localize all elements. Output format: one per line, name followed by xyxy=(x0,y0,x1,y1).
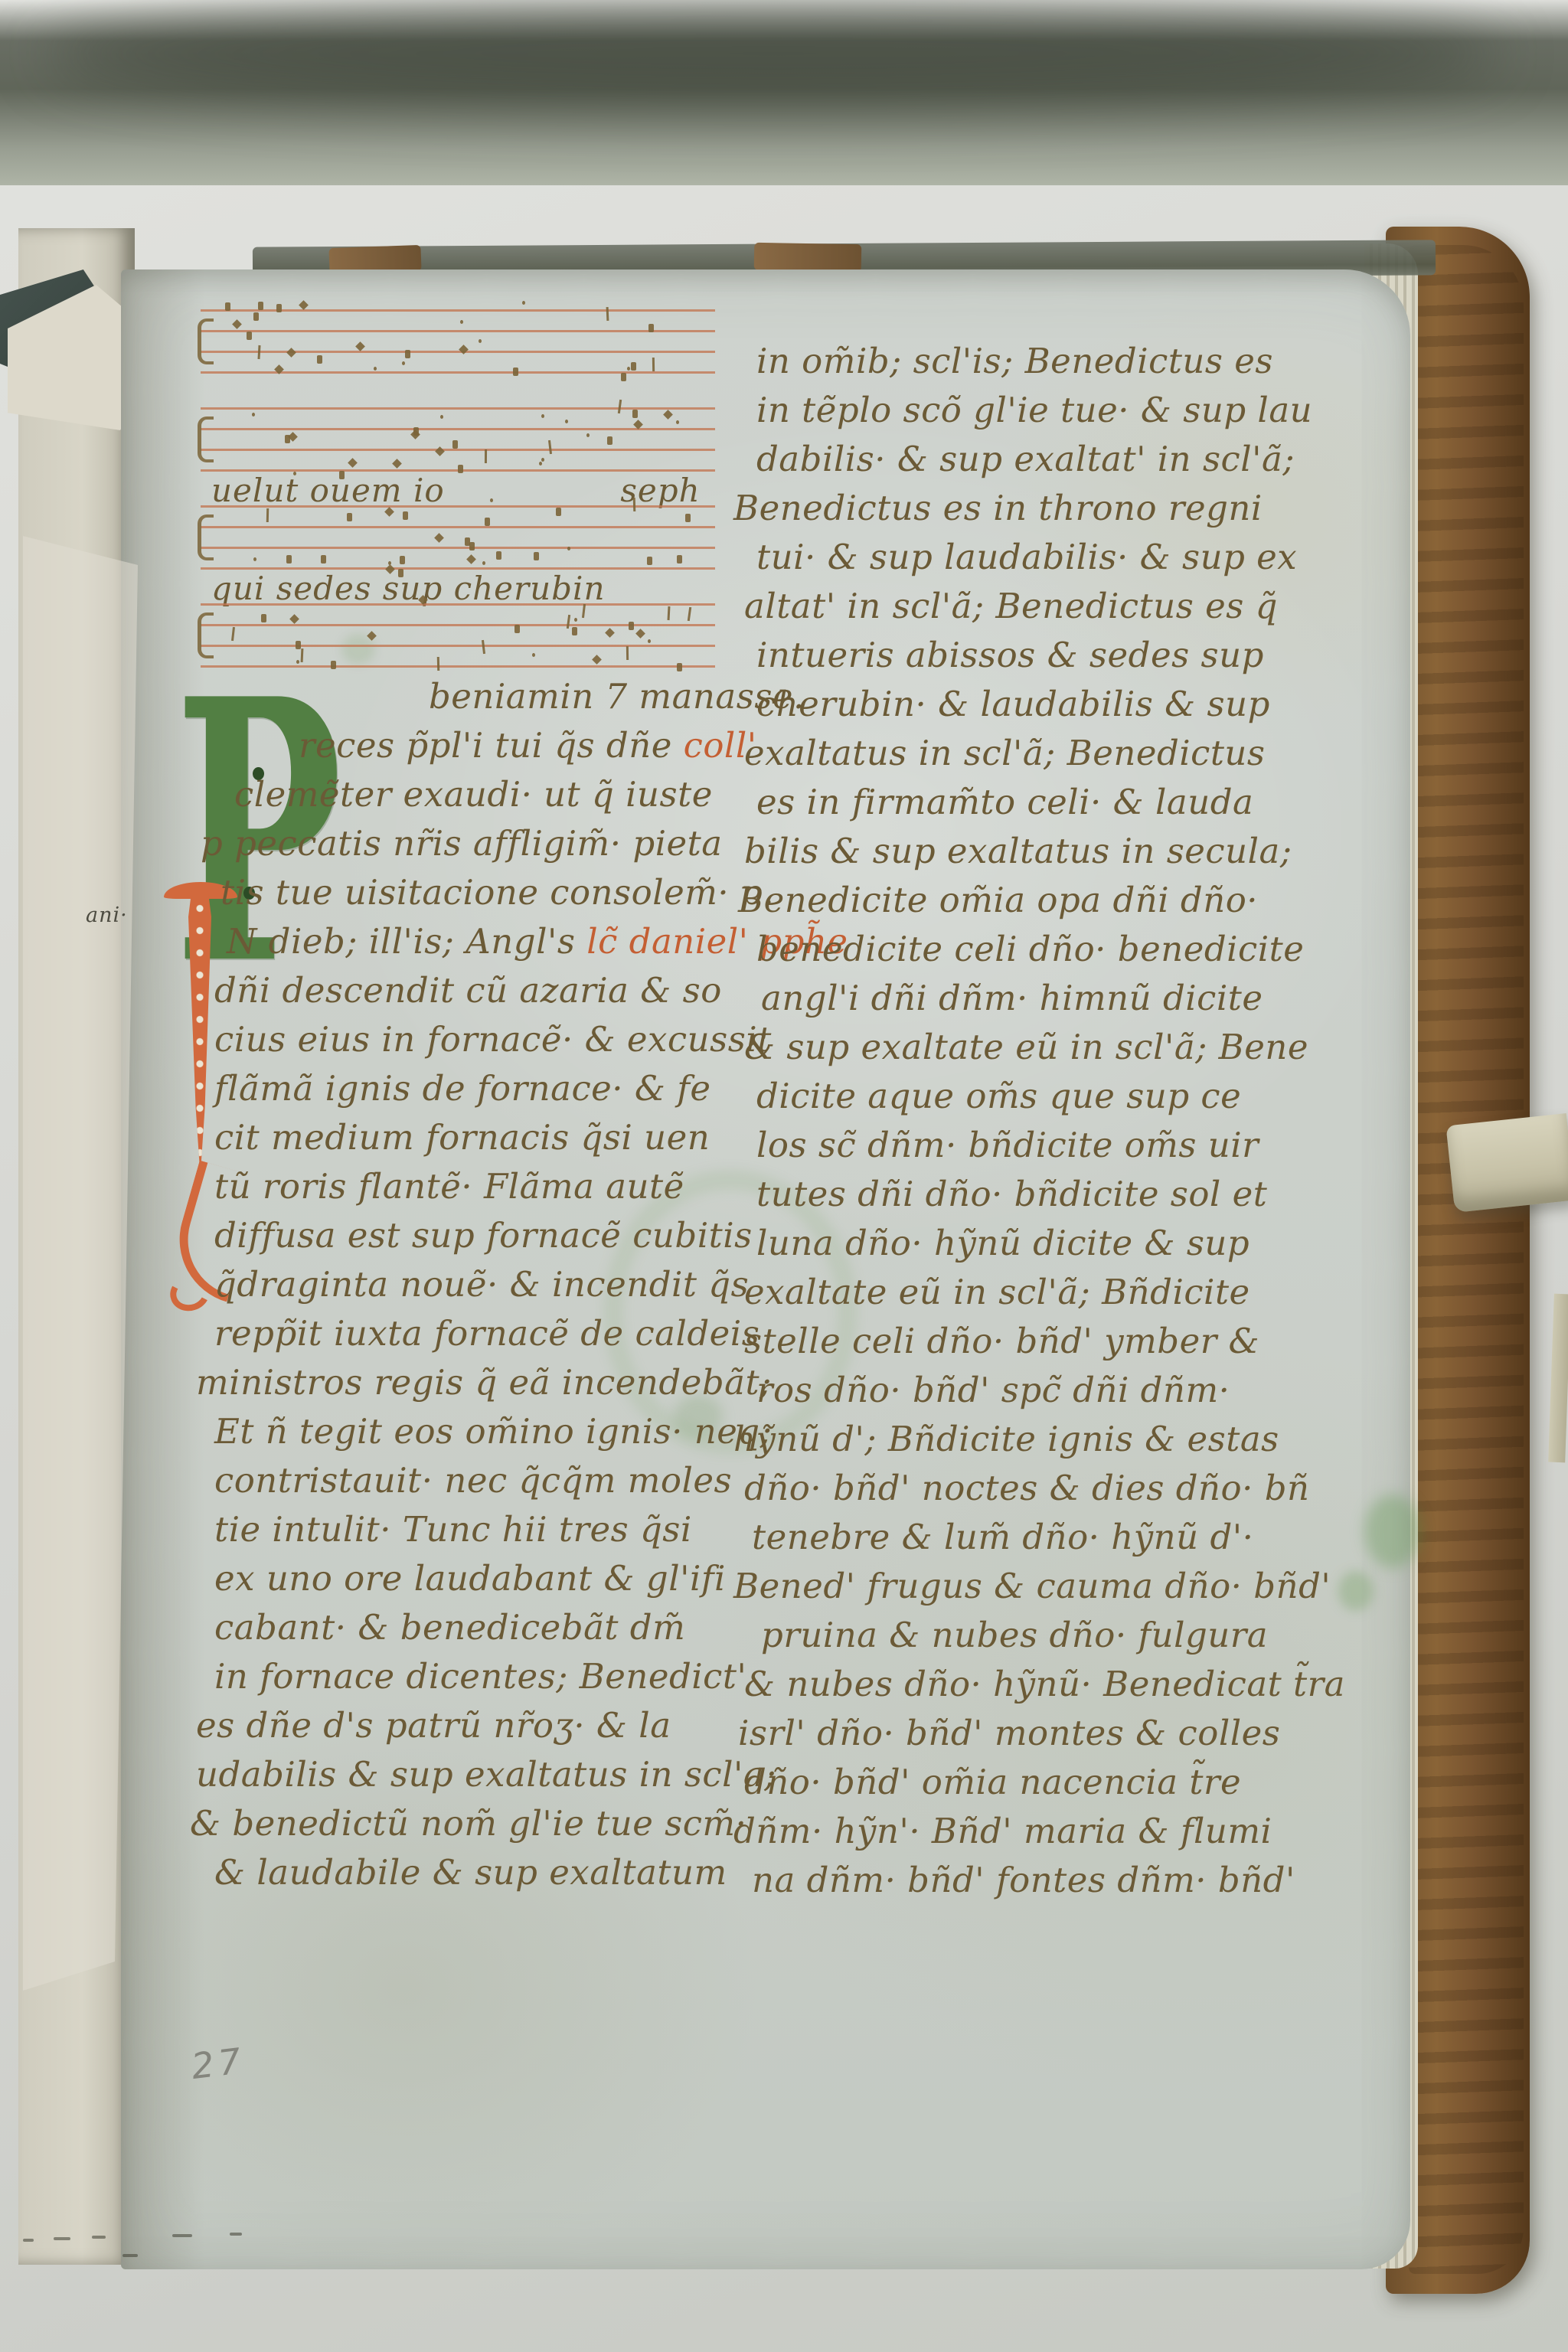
body-text: udabilis & sup exaltatus in scl'a; xyxy=(196,1754,776,1795)
body-text: tui· & sup laudabilis· & sup ex xyxy=(756,537,1297,577)
music-notation-block: uelut ouem io sephqui sedes sup cherubin xyxy=(201,309,715,671)
text-line: Benedictus es in throno regni xyxy=(733,484,1263,533)
text-line: tutes dñi dño· bñdicite sol et xyxy=(756,1170,1267,1219)
body-text: pruina & nubes dño· fulgura xyxy=(761,1615,1268,1655)
text-line: los sc̃ dñm· bñdicite om̃s uir xyxy=(756,1121,1259,1170)
neume-mark xyxy=(485,449,487,463)
body-text: dicite aque om̃s que sup ce xyxy=(756,1076,1241,1116)
body-text: dño· bñd' noctes & dies dño· bñ xyxy=(744,1468,1310,1508)
neume-mark xyxy=(459,345,469,354)
neume-mark xyxy=(257,345,260,359)
neume-mark xyxy=(465,537,470,546)
body-text: repp̃it iuxta fornacẽ de caldeis xyxy=(214,1313,759,1354)
neume-mark xyxy=(232,319,242,329)
neume-mark xyxy=(460,320,463,324)
body-text: p peccatis nr̃is affligim̃· pieta xyxy=(201,823,723,864)
text-line: in tẽplo scõ gl'ie tue· & sup lau xyxy=(756,386,1312,435)
neume-mark xyxy=(496,551,501,560)
neume-mark xyxy=(605,629,615,639)
neume-mark xyxy=(513,367,518,376)
neume-mark xyxy=(621,373,626,381)
neume-mark xyxy=(626,646,628,660)
body-text: tenebre & lum̃ dño· hỹnũ d'· xyxy=(752,1517,1253,1557)
neume-mark xyxy=(469,542,475,550)
neume-mark xyxy=(276,304,282,312)
text-line: ros dño· bñd' spc̃ dñi dñm· xyxy=(756,1366,1230,1415)
text-line: bilis & sup exaltatus in secula; xyxy=(744,827,1292,876)
text-line: exaltate eũ in scl'ã; Bñdicite xyxy=(744,1268,1250,1317)
body-text: & benedictũ nom̃ gl'ie tue scm̃· xyxy=(190,1803,746,1844)
body-text: contristauit· nec q̃cq̃m moles xyxy=(214,1460,732,1501)
text-line: & sup exaltate eũ in scl'ã; Bene xyxy=(744,1023,1308,1072)
body-text: & laudabile & sup exaltatum xyxy=(214,1852,727,1893)
text-line: tui· & sup laudabilis· & sup ex xyxy=(756,533,1297,582)
text-line: dabilis· & sup exaltat' in scl'ã; xyxy=(756,435,1295,484)
neume-mark xyxy=(440,415,443,419)
show-through-speck xyxy=(54,2237,70,2240)
neume-mark xyxy=(355,341,365,351)
neume-mark xyxy=(606,307,609,321)
neume-mark xyxy=(618,399,622,413)
text-line: na dñm· bñd' fontes dñm· bñd' xyxy=(752,1856,1295,1905)
body-text: tie intulit· Tunc hii tres q̃si xyxy=(214,1509,692,1550)
music-lyric: qui sedes sup cherubin xyxy=(211,570,606,607)
neume-mark xyxy=(541,458,544,462)
body-text: benedicite celi dño· benedicite xyxy=(756,929,1304,969)
neume-mark xyxy=(567,547,570,550)
leather-strap xyxy=(1445,1113,1568,1213)
music-staff xyxy=(201,505,715,570)
body-text: angl'i dñi dñm· himnũ dicite xyxy=(761,978,1263,1018)
show-through-speck xyxy=(92,2236,106,2239)
text-line: Benedicite om̃ia opa dñi dño· xyxy=(738,876,1258,925)
neume-mark xyxy=(435,447,445,457)
neume-mark xyxy=(275,364,285,374)
text-line: tis tue uisitacione consolem̃· p. xyxy=(220,868,774,917)
body-text: in om̃ib; scl'is; Benedictus es xyxy=(756,341,1273,381)
body-text: exaltatus in scl'ã; Benedictus xyxy=(744,733,1266,773)
neume-mark xyxy=(482,561,485,565)
neume-mark xyxy=(667,606,670,620)
text-line: dñi descendit cũ azaria & so xyxy=(214,966,722,1015)
body-text: in tẽplo scõ gl'ie tue· & sup lau xyxy=(756,390,1312,430)
body-text: reces p̃pl'i tui q̃s dñe xyxy=(299,725,684,766)
text-line: & nubes dño· hỹnũ· Benedicat t̃ra xyxy=(744,1660,1345,1709)
green-stain xyxy=(1364,1494,1421,1568)
body-text: na dñm· bñd' fontes dñm· bñd' xyxy=(752,1860,1295,1900)
body-text: es dñe d's patrũ nr̃oʒ· & la xyxy=(196,1705,671,1746)
text-line: luna dño· hỹnũ dicite & sup xyxy=(756,1219,1249,1268)
text-line: tenebre & lum̃ dño· hỹnũ d'· xyxy=(752,1513,1253,1562)
text-line: hỹnũ d'; Bñdicite ignis & estas xyxy=(733,1415,1279,1464)
body-text: Bened' frugus & cauma dño· bñd' xyxy=(733,1566,1331,1606)
body-text: in fornace dicentes; Benedict' xyxy=(214,1656,746,1697)
body-text: tutes dñi dño· bñdicite sol et xyxy=(756,1174,1267,1214)
neume-mark xyxy=(688,607,691,621)
text-line: stelle celi dño· bñd' ymber & xyxy=(744,1317,1259,1366)
neume-mark xyxy=(374,367,377,371)
neume-mark xyxy=(485,518,490,526)
text-line: dño· bñd' noctes & dies dño· bñ xyxy=(744,1464,1310,1513)
text-line: contristauit· nec q̃cq̃m moles xyxy=(214,1456,732,1505)
text-line: & benedictũ nom̃ gl'ie tue scm̃· xyxy=(190,1799,746,1848)
body-text: ros dño· bñd' spc̃ dñi dñm· xyxy=(756,1370,1230,1410)
neume-mark xyxy=(685,514,691,522)
body-text: intueris abissos & sedes sup xyxy=(756,635,1264,675)
text-line: cit medium fornacis q̃si uen xyxy=(214,1113,710,1162)
clef-icon xyxy=(198,416,214,462)
leather-strap-2 xyxy=(1548,1294,1568,1463)
text-line: ministros regis q̃ eã incendebãt; xyxy=(196,1358,772,1407)
body-text: flãmã ignis de fornace· & fe xyxy=(214,1068,711,1109)
body-text: luna dño· hỹnũ dicite & sup xyxy=(756,1223,1249,1263)
text-line: pruina & nubes dño· fulgura xyxy=(761,1611,1268,1660)
body-text: Benedictus es in throno regni xyxy=(733,488,1263,528)
neume-mark xyxy=(677,555,682,563)
music-lyric: uelut ouem io seph xyxy=(211,472,701,509)
body-text: hỹnũ d'; Bñdicite ignis & estas xyxy=(733,1419,1279,1459)
text-line: clemẽter exaudi· ut q̃ iuste xyxy=(234,770,713,819)
text-line: reces p̃pl'i tui q̃s dñe coll' xyxy=(299,721,757,770)
text-line: p peccatis nr̃is affligim̃· pieta xyxy=(201,819,723,868)
show-through-speck xyxy=(23,2239,34,2242)
show-through-speck xyxy=(230,2233,242,2236)
neume-mark xyxy=(593,655,603,665)
text-line: intueris abissos & sedes sup xyxy=(756,631,1264,680)
body-text: diffusa est sup fornacẽ cubitis xyxy=(214,1215,753,1256)
margin-gloss: ani· xyxy=(86,903,128,927)
top-edge-tatter xyxy=(754,243,862,272)
body-text: ministros regis q̃ eã incendebãt; xyxy=(196,1362,772,1403)
text-line: es in firmam̃to celi· & lauda xyxy=(756,778,1253,827)
neume-mark xyxy=(490,498,493,502)
text-line: dño· bñd' om̃ia nacencia t̃re xyxy=(744,1758,1241,1807)
neume-mark xyxy=(631,362,636,371)
text-line: tũ roris flantẽ· Flãma autẽ xyxy=(214,1162,684,1211)
body-text: N dieb; ill'is; Angl's xyxy=(227,921,586,962)
right-text-column: in om̃ib; scl'is; Benedictus esin tẽplo… xyxy=(733,337,1297,1914)
clef-icon xyxy=(198,318,214,364)
clef-icon xyxy=(198,514,214,560)
neume-mark xyxy=(663,410,673,420)
neume-mark xyxy=(253,312,259,321)
body-text: stelle celi dño· bñd' ymber & xyxy=(744,1321,1259,1361)
text-line: Et ñ tegit eos om̃ino ignis· neq; xyxy=(214,1407,772,1456)
neume-mark xyxy=(367,631,377,641)
neume-mark xyxy=(286,348,296,358)
neume-mark xyxy=(347,513,352,521)
neume-mark xyxy=(607,436,612,445)
neume-mark xyxy=(437,657,439,671)
neume-mark xyxy=(534,552,539,560)
neume-mark xyxy=(225,302,230,311)
neume-mark xyxy=(548,439,552,453)
neume-mark xyxy=(648,324,654,332)
body-text: & sup exaltate eũ in scl'ã; Bene xyxy=(744,1027,1308,1067)
neume-mark xyxy=(647,557,652,565)
neume-mark xyxy=(479,339,482,343)
body-text: & nubes dño· hỹnũ· Benedicat t̃ra xyxy=(744,1664,1345,1704)
neume-mark xyxy=(676,420,679,424)
text-line: diffusa est sup fornacẽ cubitis xyxy=(214,1211,753,1260)
neume-mark xyxy=(652,358,654,371)
text-line: cabant· & benedicebãt dm̃ xyxy=(214,1603,685,1652)
neume-mark xyxy=(632,410,638,418)
green-stain xyxy=(1338,1571,1374,1611)
text-line: dicite aque om̃s que sup ce xyxy=(756,1072,1241,1121)
neume-mark xyxy=(393,459,403,469)
text-line: in fornace dicentes; Benedict' xyxy=(214,1652,746,1701)
neume-mark xyxy=(532,653,535,657)
neume-mark xyxy=(286,555,292,563)
neume-mark xyxy=(400,556,405,564)
neume-mark xyxy=(384,507,394,517)
neume-mark xyxy=(482,640,485,654)
music-staff xyxy=(201,309,715,374)
body-text: tũ roris flantẽ· Flãma autẽ xyxy=(214,1166,684,1207)
neume-mark xyxy=(556,508,561,516)
body-text: cit medium fornacis q̃si uen xyxy=(214,1117,710,1158)
text-line: cherubin· & laudabilis & sup xyxy=(756,680,1270,729)
body-text: cherubin· & laudabilis & sup xyxy=(756,684,1270,724)
neume-mark xyxy=(567,615,570,629)
body-text: los sc̃ dñm· bñdicite om̃s uir xyxy=(756,1125,1259,1165)
body-text: dño· bñd' om̃ia nacencia t̃re xyxy=(744,1762,1241,1802)
body-text: isrl' dño· bñd' montes & colles xyxy=(738,1713,1280,1753)
neume-mark xyxy=(574,618,577,622)
neume-mark xyxy=(413,427,419,436)
neume-mark xyxy=(348,458,358,468)
body-text: dñi descendit cũ azaria & so xyxy=(214,970,722,1011)
neume-mark xyxy=(572,627,577,635)
neume-mark xyxy=(247,332,252,340)
text-line: repp̃it iuxta fornacẽ de caldeis xyxy=(214,1309,759,1358)
music-staff xyxy=(201,407,715,472)
neume-mark xyxy=(434,533,444,543)
left-text-column: beniamin 7 manasse.reces p̃pl'i tui q̃s … xyxy=(184,672,738,1913)
text-line: & laudabile & sup exaltatum xyxy=(214,1848,727,1897)
text-line: udabilis & sup exaltatus in scl'a; xyxy=(196,1750,776,1799)
text-line: flãmã ignis de fornace· & fe xyxy=(214,1064,711,1113)
neume-mark xyxy=(565,420,568,423)
text-line: Bened' frugus & cauma dño· bñd' xyxy=(733,1562,1331,1611)
text-line: in om̃ib; scl'is; Benedictus es xyxy=(756,337,1273,386)
body-text: altat' in scl'ã; Benedictus es q̃ xyxy=(744,586,1278,626)
neume-mark xyxy=(253,557,256,561)
text-line: dñm· hỹn'· Bñd' maria & flumi xyxy=(733,1807,1272,1856)
neume-mark xyxy=(635,629,645,639)
body-text: q̃draginta nouẽ· & incendit q̃s xyxy=(214,1264,749,1305)
neume-mark xyxy=(586,433,590,437)
neume-mark xyxy=(258,302,263,310)
neume-mark xyxy=(466,554,476,564)
neume-mark xyxy=(514,625,520,633)
body-text: tis tue uisitacione consolem̃· p. xyxy=(220,872,774,913)
neume-mark xyxy=(452,440,458,449)
neume-mark xyxy=(634,420,644,430)
body-text: dñm· hỹn'· Bñd' maria & flumi xyxy=(733,1811,1272,1851)
text-line: exaltatus in scl'ã; Benedictus xyxy=(744,729,1266,778)
body-text: bilis & sup exaltatus in secula; xyxy=(744,831,1292,871)
neume-mark xyxy=(402,361,405,365)
neume-mark xyxy=(541,414,544,418)
text-line: altat' in scl'ã; Benedictus es q̃ xyxy=(744,582,1278,631)
folio-number: 27 xyxy=(189,2040,248,2087)
body-text: cabant· & benedicebãt dm̃ xyxy=(214,1607,685,1648)
neume-mark xyxy=(677,663,682,671)
text-line: isrl' dño· bñd' montes & colles xyxy=(738,1709,1280,1758)
body-text: exaltate eũ in scl'ã; Bñdicite xyxy=(744,1272,1250,1312)
show-through-speck xyxy=(172,2234,192,2237)
text-line: cius eius in fornacẽ· & excussit xyxy=(214,1015,772,1064)
neume-mark xyxy=(317,355,322,364)
text-line: tie intulit· Tunc hii tres q̃si xyxy=(214,1505,692,1554)
neume-mark xyxy=(285,435,290,443)
text-line: benedicite celi dño· benedicite xyxy=(756,925,1304,974)
body-text: ex uno ore laudabant & gl'ifi xyxy=(214,1558,726,1599)
body-text: Et ñ tegit eos om̃ino ignis· neq; xyxy=(214,1411,772,1452)
body-text: es in firmam̃to celi· & lauda xyxy=(756,782,1253,822)
text-line: es dñe d's patrũ nr̃oʒ· & la xyxy=(196,1701,671,1750)
neume-mark xyxy=(648,639,651,643)
text-line: angl'i dñi dñm· himnũ dicite xyxy=(761,974,1263,1023)
neume-mark xyxy=(627,367,630,371)
show-through-speck xyxy=(122,2254,138,2257)
body-text: Benedicite om̃ia opa dñi dño· xyxy=(738,880,1258,920)
neume-mark xyxy=(266,508,269,522)
neume-mark xyxy=(633,498,636,511)
neume-mark xyxy=(403,511,408,520)
neume-mark xyxy=(582,604,586,618)
manuscript-photo: uelut ouem io sephqui sedes sup cherubin… xyxy=(0,0,1568,2352)
body-text: dabilis· & sup exaltat' in scl'ã; xyxy=(756,439,1295,479)
text-line: q̃draginta nouẽ· & incendit q̃s xyxy=(214,1260,749,1309)
neume-mark xyxy=(321,555,326,563)
neume-mark xyxy=(252,413,255,416)
body-text: cius eius in fornacẽ· & excussit xyxy=(214,1019,772,1060)
neume-mark xyxy=(629,622,634,630)
neume-mark xyxy=(539,462,542,465)
text-line: ex uno ore laudabant & gl'ifi xyxy=(214,1554,726,1603)
book-shadow xyxy=(46,0,1501,107)
body-text: clemẽter exaudi· ut q̃ iuste xyxy=(234,774,713,815)
board-wood-streaks xyxy=(1409,245,1524,2274)
neume-mark xyxy=(405,350,410,358)
